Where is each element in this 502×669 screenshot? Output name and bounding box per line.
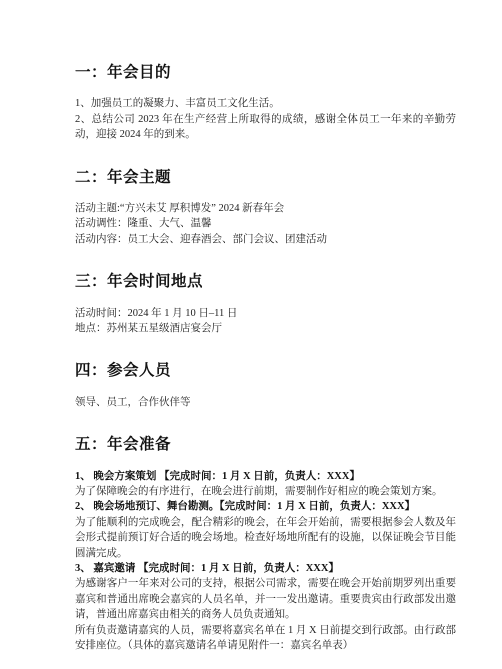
section-heading-theme: 二：年会主题 bbox=[75, 168, 456, 187]
paragraph: 活动调性：隆重、大气、温馨 bbox=[75, 216, 456, 231]
section-participants: 四：参会人员 领导、员工，合作伙伴等 bbox=[75, 361, 456, 410]
paragraph: 为了能顺利的完成晚会，配合精彩的晚会，在年会开始前，需要根据参会人数及年会形式提… bbox=[75, 515, 456, 561]
section-heading-participants: 四：参会人员 bbox=[75, 361, 456, 380]
paragraph: 1、加强员工的凝聚力、丰富员工文化生活。 bbox=[75, 96, 456, 111]
task-item-heading: 1、 晚会方案策划 【完成时间：1 月 X 日前，负责人：XXX】 bbox=[75, 469, 456, 484]
section-time-and-place: 三：年会时间地点 活动时间：2024 年 1 月 10 日–11 日 地点：苏州… bbox=[75, 272, 456, 336]
document-page: 一：年会目的 1、加强员工的凝聚力、丰富员工文化生活。 2、总结公司 2023 … bbox=[0, 0, 502, 669]
section-heading-preparation: 五：年会准备 bbox=[75, 435, 456, 454]
paragraph: 所有负责邀请嘉宾的人员，需要将嘉宾名单在 1 月 X 日前提交到行政部。由行政部… bbox=[75, 623, 456, 654]
paragraph: 活动主题:“方兴未艾 厚积博发” 2024 新春年会 bbox=[75, 201, 456, 216]
paragraph: 领导、员工，合作伙伴等 bbox=[75, 395, 456, 410]
task-item-heading: 2、 晚会场地预订、舞台勘测。【完成时间：1 月 X 日前，负责人：XXX】 bbox=[75, 499, 456, 514]
paragraph: 活动内容：员工大会、迎春酒会、部门会议、团建活动 bbox=[75, 232, 456, 247]
section-annual-meeting-theme: 二：年会主题 活动主题:“方兴未艾 厚积博发” 2024 新春年会 活动调性：隆… bbox=[75, 168, 456, 248]
paragraph: 活动时间：2024 年 1 月 10 日–11 日 bbox=[75, 306, 456, 321]
paragraph: 为感谢客户一年来对公司的支持，根据公司需求，需要在晚会开始前期罗列出重要嘉宾和普… bbox=[75, 576, 456, 622]
task-item-heading: 3、 嘉宾邀请 【完成时间：1 月 X 日前，负责人：XXX】 bbox=[75, 561, 456, 576]
section-heading-purpose: 一：年会目的 bbox=[75, 63, 456, 82]
paragraph: 2、总结公司 2023 年在生产经营上所取得的成绩，感谢全体员工一年来的辛勤劳动… bbox=[75, 112, 456, 143]
section-annual-meeting-purpose: 一：年会目的 1、加强员工的凝聚力、丰富员工文化生活。 2、总结公司 2023 … bbox=[75, 63, 456, 143]
paragraph: 地点：苏州某五星级酒店宴会厅 bbox=[75, 321, 456, 336]
paragraph: 为了保障晚会的有序进行，在晚会进行前期，需要制作好相应的晚会策划方案。 bbox=[75, 484, 456, 499]
section-preparation: 五：年会准备 1、 晚会方案策划 【完成时间：1 月 X 日前，负责人：XXX】… bbox=[75, 435, 456, 653]
section-heading-time-place: 三：年会时间地点 bbox=[75, 272, 456, 291]
